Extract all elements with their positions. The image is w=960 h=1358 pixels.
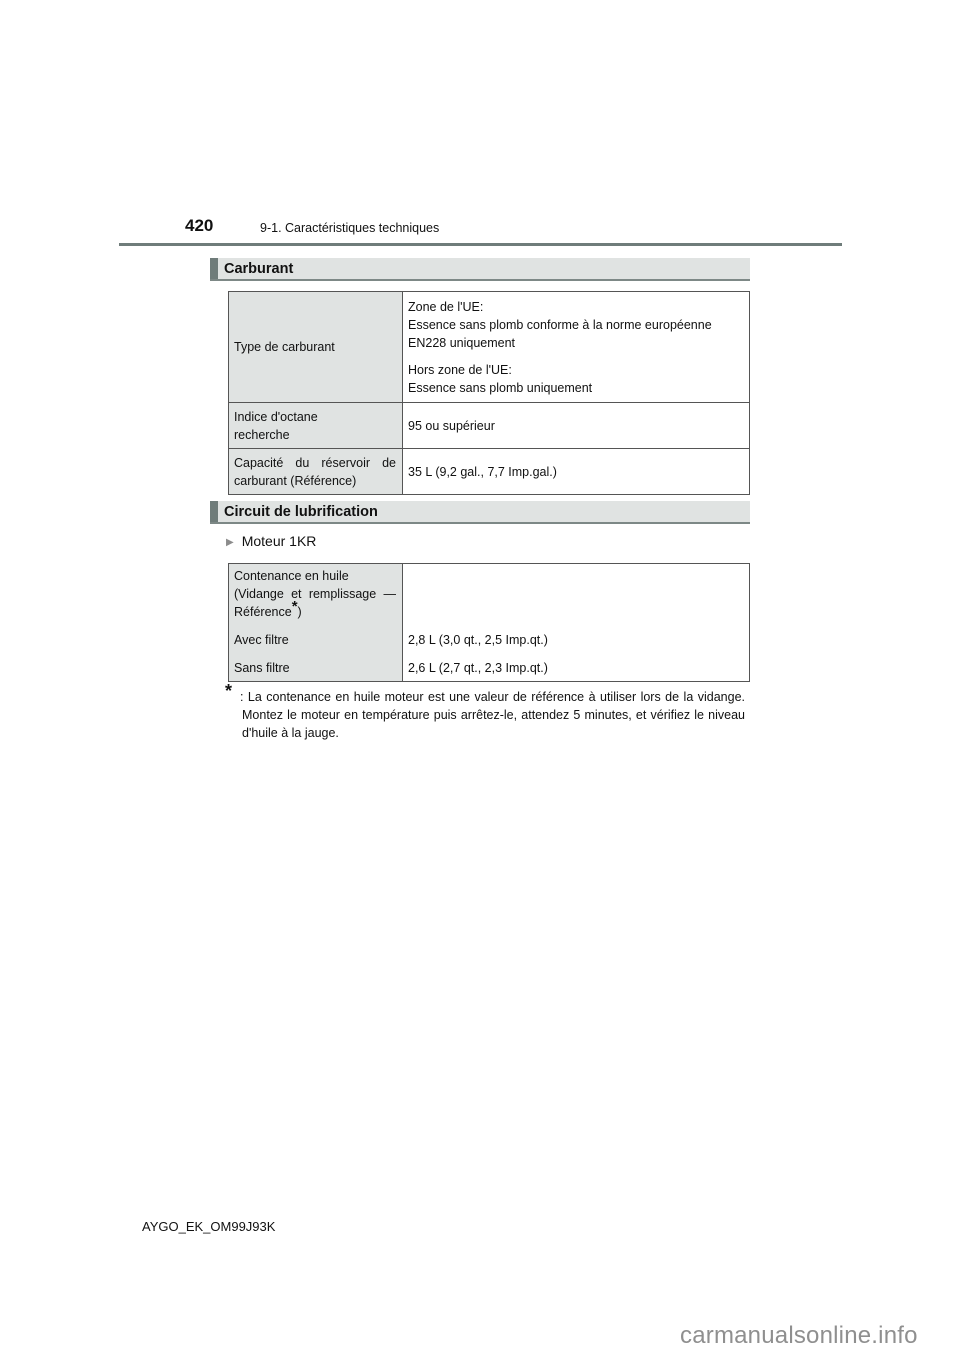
without-filter-label: Sans filtre xyxy=(229,651,403,682)
heading-bar xyxy=(210,501,218,522)
table-row: Type de carburant Zone de l'UE: Essence … xyxy=(229,292,750,403)
non-eu-zone-title: Hors zone de l'UE: xyxy=(408,361,743,379)
fuel-heading-title: Carburant xyxy=(224,261,293,277)
label-line: Capacité du réservoir de xyxy=(234,454,396,472)
footnote: * : La contenance en huile moteur est un… xyxy=(228,688,745,742)
fuel-section-heading: Carburant xyxy=(210,258,750,281)
tank-capacity-value: 35 L (9,2 gal., 7,7 Imp.gal.) xyxy=(403,449,750,495)
label-line: recherche xyxy=(234,426,396,444)
triangle-bullet-icon: ▶ xyxy=(226,537,234,548)
lubrication-heading-title: Circuit de lubrification xyxy=(224,504,378,520)
table-row: Avec filtre 2,8 L (3,0 qt., 2,5 Imp.qt.) xyxy=(229,623,750,651)
paren-close: ) xyxy=(298,605,302,619)
title-line: Référence*) xyxy=(234,603,396,621)
document-code: AYGO_EK_OM99J93K xyxy=(142,1219,275,1234)
oil-capacity-table: Contenance en huile (Vidange et rempliss… xyxy=(228,563,750,682)
fuel-table: Type de carburant Zone de l'UE: Essence … xyxy=(228,291,750,495)
table-row: Indice d'octane recherche 95 ou supérieu… xyxy=(229,403,750,449)
with-filter-label: Avec filtre xyxy=(229,623,403,651)
eu-zone-block: Zone de l'UE: Essence sans plomb conform… xyxy=(408,298,743,352)
non-eu-zone-line: Essence sans plomb uniquement xyxy=(408,379,743,397)
engine-label: Moteur 1KR xyxy=(242,533,317,549)
eu-zone-line: EN228 uniquement xyxy=(408,334,743,352)
section-path: 9-1. Caractéristiques techniques xyxy=(260,221,439,235)
title-line: Contenance en huile xyxy=(234,567,396,585)
footnote-text: : La contenance en huile moteur est une … xyxy=(228,688,745,742)
reference-text: Référence xyxy=(234,605,292,619)
lubrication-section-heading: Circuit de lubrification xyxy=(210,501,750,524)
eu-zone-title: Zone de l'UE: xyxy=(408,298,743,316)
without-filter-value: 2,6 L (2,7 qt., 2,3 Imp.qt.) xyxy=(403,651,750,682)
fuel-type-label: Type de carburant xyxy=(229,292,403,403)
fuel-type-value: Zone de l'UE: Essence sans plomb conform… xyxy=(403,292,750,403)
table-row: Contenance en huile (Vidange et rempliss… xyxy=(229,564,750,624)
eu-zone-line: Essence sans plomb conforme à la norme e… xyxy=(408,316,743,334)
footnote-marker: * xyxy=(225,682,232,700)
label-line: Indice d'octane xyxy=(234,408,396,426)
with-filter-value: 2,8 L (3,0 qt., 2,5 Imp.qt.) xyxy=(403,623,750,651)
table-row: Capacité du réservoir de carburant (Réfé… xyxy=(229,449,750,495)
engine-bullet: ▶Moteur 1KR xyxy=(226,533,316,549)
oil-capacity-title-value xyxy=(403,564,750,624)
tank-capacity-label: Capacité du réservoir de carburant (Réfé… xyxy=(229,449,403,495)
table-row: Sans filtre 2,6 L (2,7 qt., 2,3 Imp.qt.) xyxy=(229,651,750,682)
header-rule xyxy=(119,243,842,246)
watermark: carmanualsonline.info xyxy=(680,1322,918,1350)
non-eu-zone-block: Hors zone de l'UE: Essence sans plomb un… xyxy=(408,361,743,397)
heading-bar xyxy=(210,258,218,279)
title-line: (Vidange et remplissage — xyxy=(234,585,396,603)
octane-label: Indice d'octane recherche xyxy=(229,403,403,449)
oil-capacity-title: Contenance en huile (Vidange et rempliss… xyxy=(229,564,403,624)
page-number: 420 xyxy=(185,216,213,236)
octane-value: 95 ou supérieur xyxy=(403,403,750,449)
label-line: carburant (Référence) xyxy=(234,472,396,490)
